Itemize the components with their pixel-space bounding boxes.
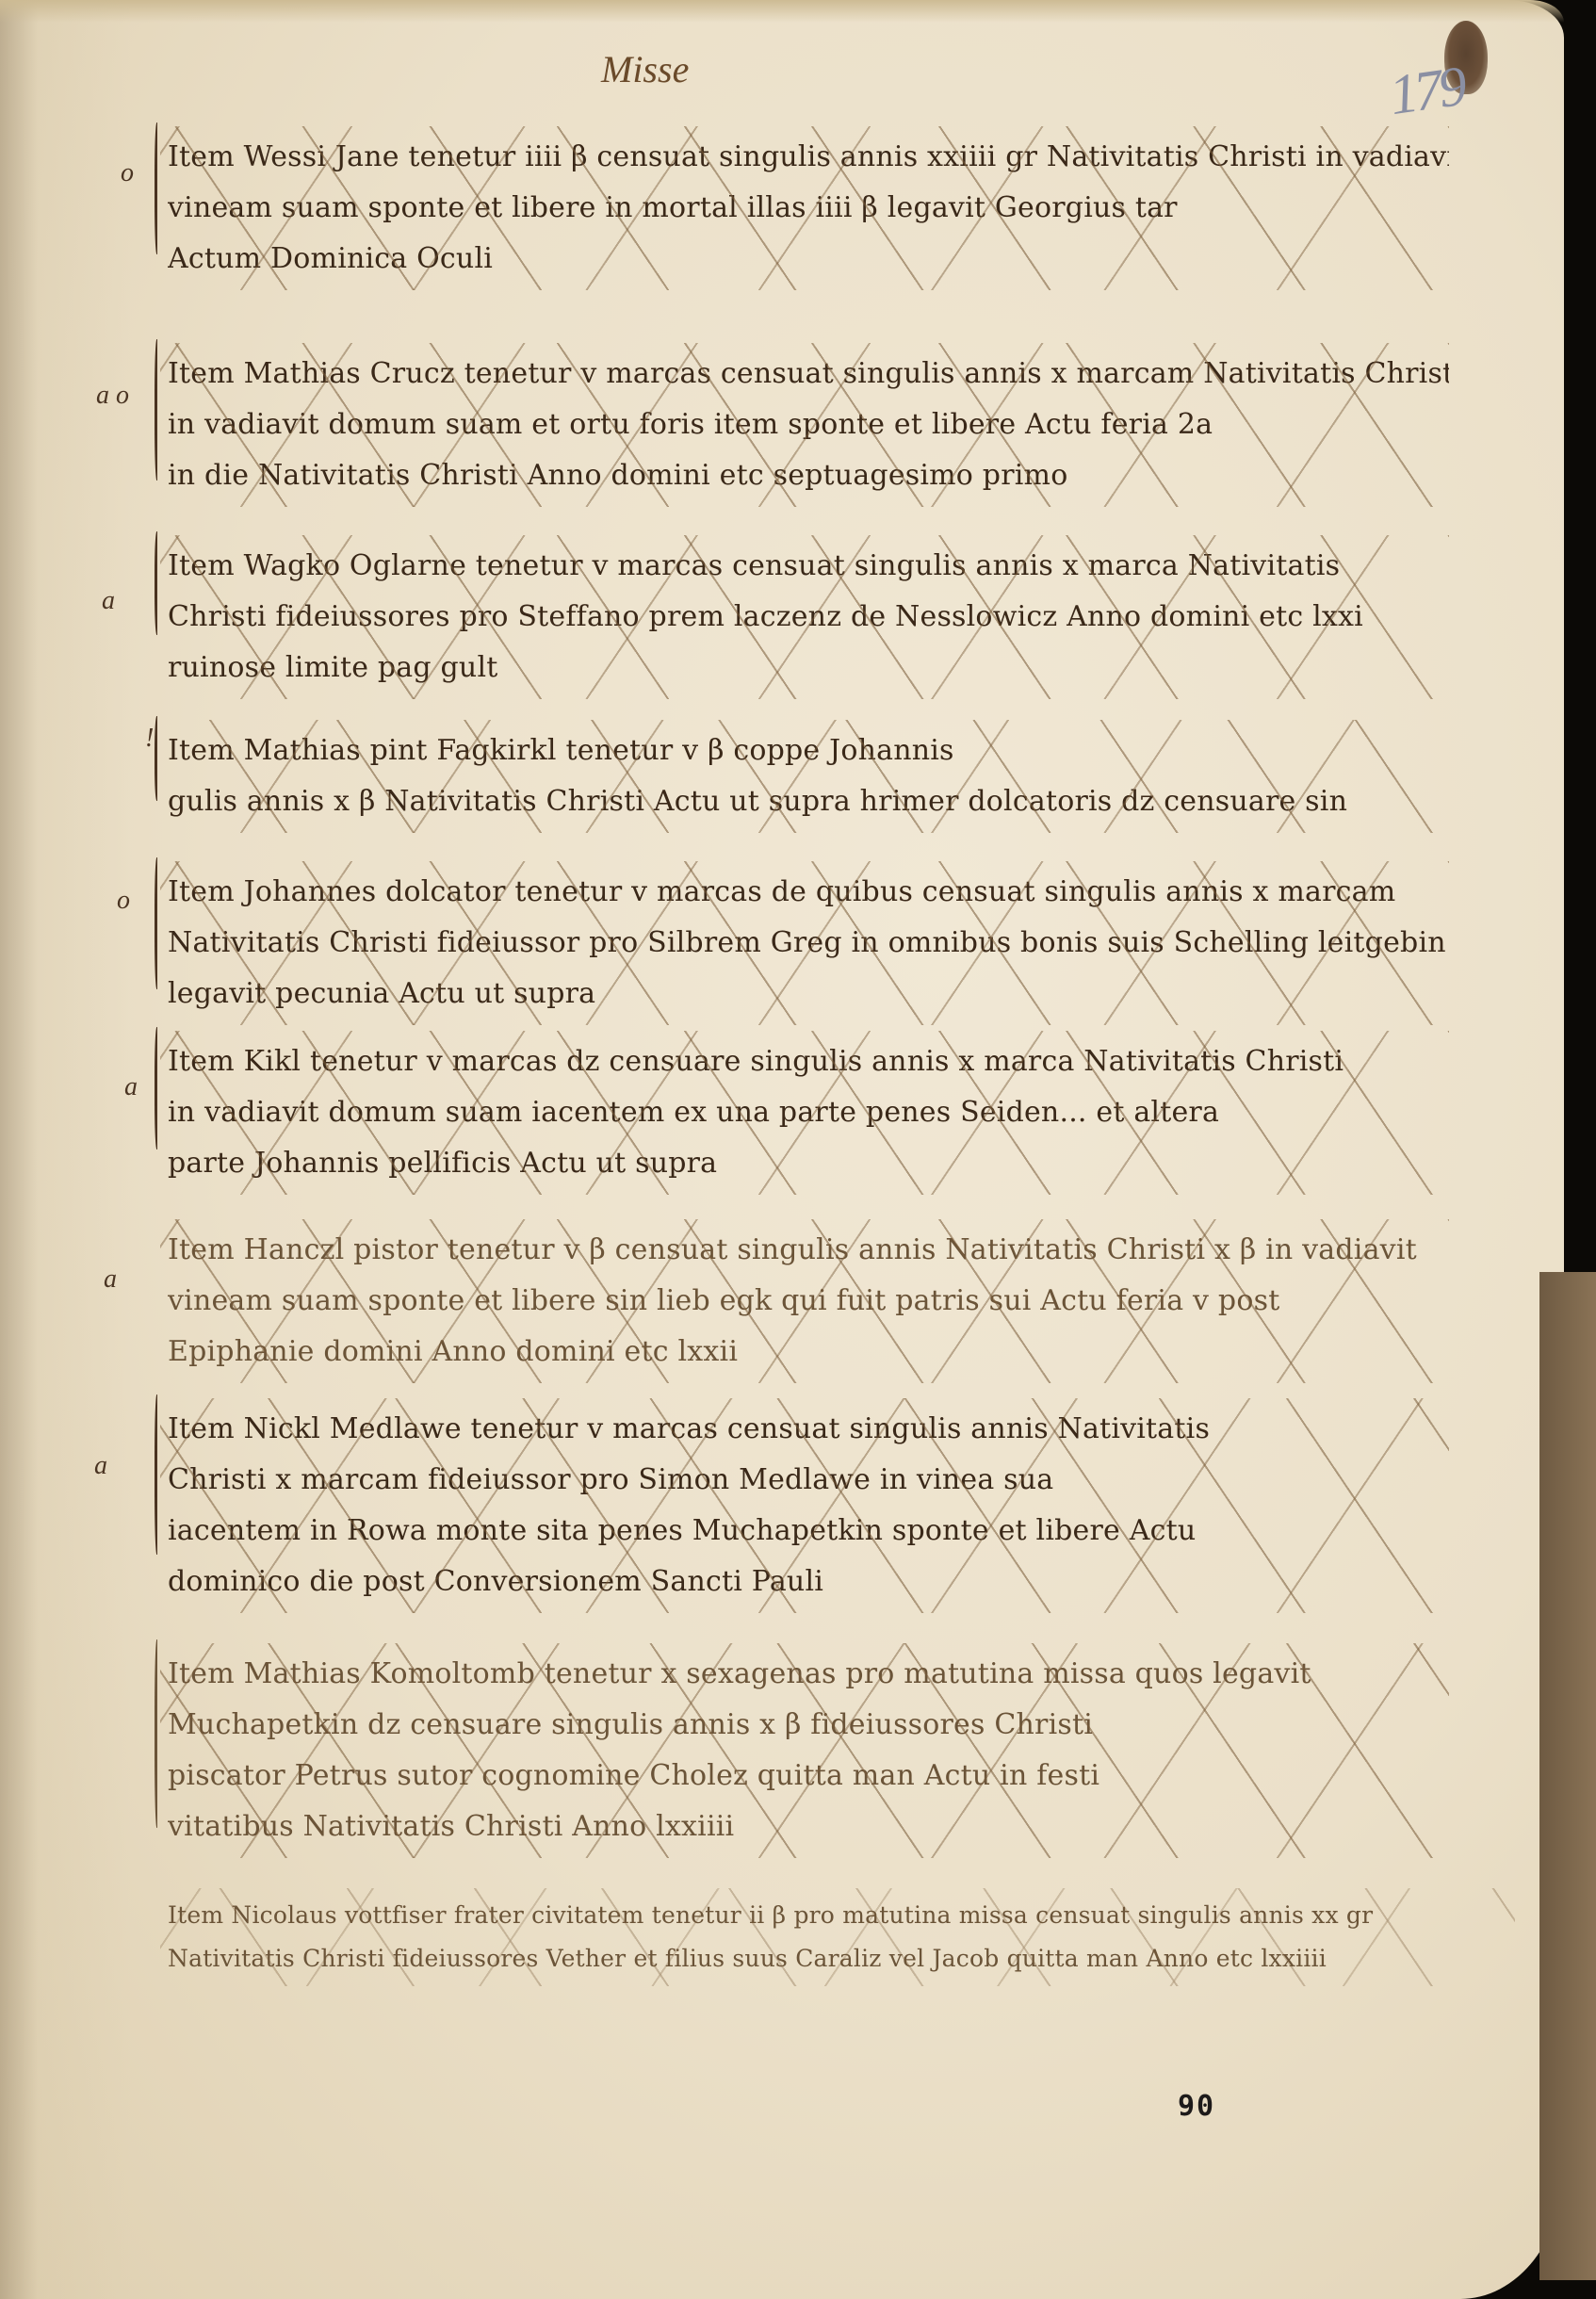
entry-line: Item Johannes dolcator tenetur v marcas … — [168, 867, 1449, 918]
page-top-edge — [0, 0, 1564, 23]
entry-line: Item Mathias Crucz tenetur v marcas cens… — [168, 349, 1449, 399]
entry-line: vitatibus Nativitatis Christi Anno lxxii… — [168, 1802, 1449, 1852]
entry-line: Actum Dominica Oculi — [168, 234, 1449, 285]
entry-line: gulis annis x β Nativitatis Christi Actu… — [168, 776, 1449, 827]
entry-line: Item Mathias pint Fagkirkl tenetur v β c… — [168, 726, 1449, 776]
register-entry: Item Mathias Crucz tenetur v marcas cens… — [168, 349, 1449, 501]
entry-line: legavit pecunia Actu ut supra — [168, 969, 1449, 1019]
initial-flourish — [155, 122, 160, 254]
margin-mark: a — [102, 586, 115, 616]
page-stamp-number: 90 — [1178, 2090, 1215, 2123]
entry-line: Item Mathias Komoltomb tenetur x sexagen… — [168, 1649, 1449, 1700]
register-entry: Item Wagko Oglarne tenetur v marcas cens… — [168, 541, 1449, 693]
initial-flourish — [155, 1639, 160, 1828]
entry-line: Epiphanie domini Anno domini etc lxxii — [168, 1327, 1449, 1378]
entry-line: vineam suam sponte et libere sin lieb eg… — [168, 1276, 1449, 1327]
entry-line: vineam suam sponte et libere in mortal i… — [168, 183, 1449, 234]
folio-number-pencil: 179 — [1386, 54, 1468, 128]
entry-line: in die Nativitatis Christi Anno domini e… — [168, 450, 1449, 501]
margin-mark: a o — [96, 381, 129, 411]
margin-mark: a — [124, 1072, 138, 1102]
entry-line: Item Hanczl pistor tenetur v β censuat s… — [168, 1225, 1449, 1276]
entry-line: ruinose limite pag gult — [168, 643, 1449, 693]
register-entry: Item Wessi Jane tenetur iiii β censuat s… — [168, 132, 1449, 285]
entry-line: Muchapetkin dz censuare singulis annis x… — [168, 1700, 1449, 1751]
entry-line: parte Johannis pellificis Actu ut supra — [168, 1138, 1449, 1189]
entry-line: Nativitatis Christi fideiussor pro Silbr… — [168, 918, 1449, 969]
initial-flourish — [155, 1027, 160, 1149]
register-entry: Item Nicolaus vottfiser frater civitatem… — [168, 1894, 1515, 1981]
page-heading: Misse — [601, 47, 689, 91]
register-entry: Item Kikl tenetur v marcas dz censuare s… — [168, 1036, 1449, 1189]
entry-line: iacentem in Rowa monte sita penes Muchap… — [168, 1506, 1449, 1557]
margin-mark: o — [117, 886, 130, 916]
initial-flourish — [155, 339, 160, 481]
entry-line: Item Nickl Medlawe tenetur v marcas cens… — [168, 1404, 1449, 1455]
entry-line: dominico die post Conversionem Sancti Pa… — [168, 1557, 1449, 1607]
entry-line: Item Nicolaus vottfiser frater civitatem… — [168, 1894, 1515, 1937]
margin-mark: a — [94, 1451, 107, 1481]
initial-flourish — [155, 531, 160, 635]
entry-line: Item Kikl tenetur v marcas dz censuare s… — [168, 1036, 1449, 1087]
entry-line: Item Wessi Jane tenetur iiii β censuat s… — [168, 132, 1449, 183]
initial-flourish — [155, 857, 160, 989]
entry-line: Christi fideiussores pro Steffano prem l… — [168, 592, 1449, 643]
entry-line: Item Wagko Oglarne tenetur v marcas cens… — [168, 541, 1449, 592]
initial-flourish — [155, 1394, 160, 1555]
entry-line: in vadiavit domum suam et ortu foris ite… — [168, 399, 1449, 450]
entry-line: in vadiavit domum suam iacentem ex una p… — [168, 1087, 1449, 1138]
register-entry: Item Johannes dolcator tenetur v marcas … — [168, 867, 1449, 1019]
register-entry: Item Nickl Medlawe tenetur v marcas cens… — [168, 1404, 1449, 1607]
register-entry: Item Mathias pint Fagkirkl tenetur v β c… — [168, 726, 1449, 827]
margin-mark: o — [121, 158, 134, 188]
binding-board — [1539, 1272, 1596, 2280]
margin-mark: ! — [145, 724, 154, 754]
entry-line: piscator Petrus sutor cognomine Cholez q… — [168, 1751, 1449, 1802]
register-entry: Item Hanczl pistor tenetur v β censuat s… — [168, 1225, 1449, 1378]
entry-line: Nativitatis Christi fideiussores Vether … — [168, 1937, 1515, 1981]
margin-mark: a — [104, 1264, 117, 1295]
entry-line: Christi x marcam fideiussor pro Simon Me… — [168, 1455, 1449, 1506]
initial-flourish — [155, 716, 160, 801]
register-entry: Item Mathias Komoltomb tenetur x sexagen… — [168, 1649, 1449, 1852]
